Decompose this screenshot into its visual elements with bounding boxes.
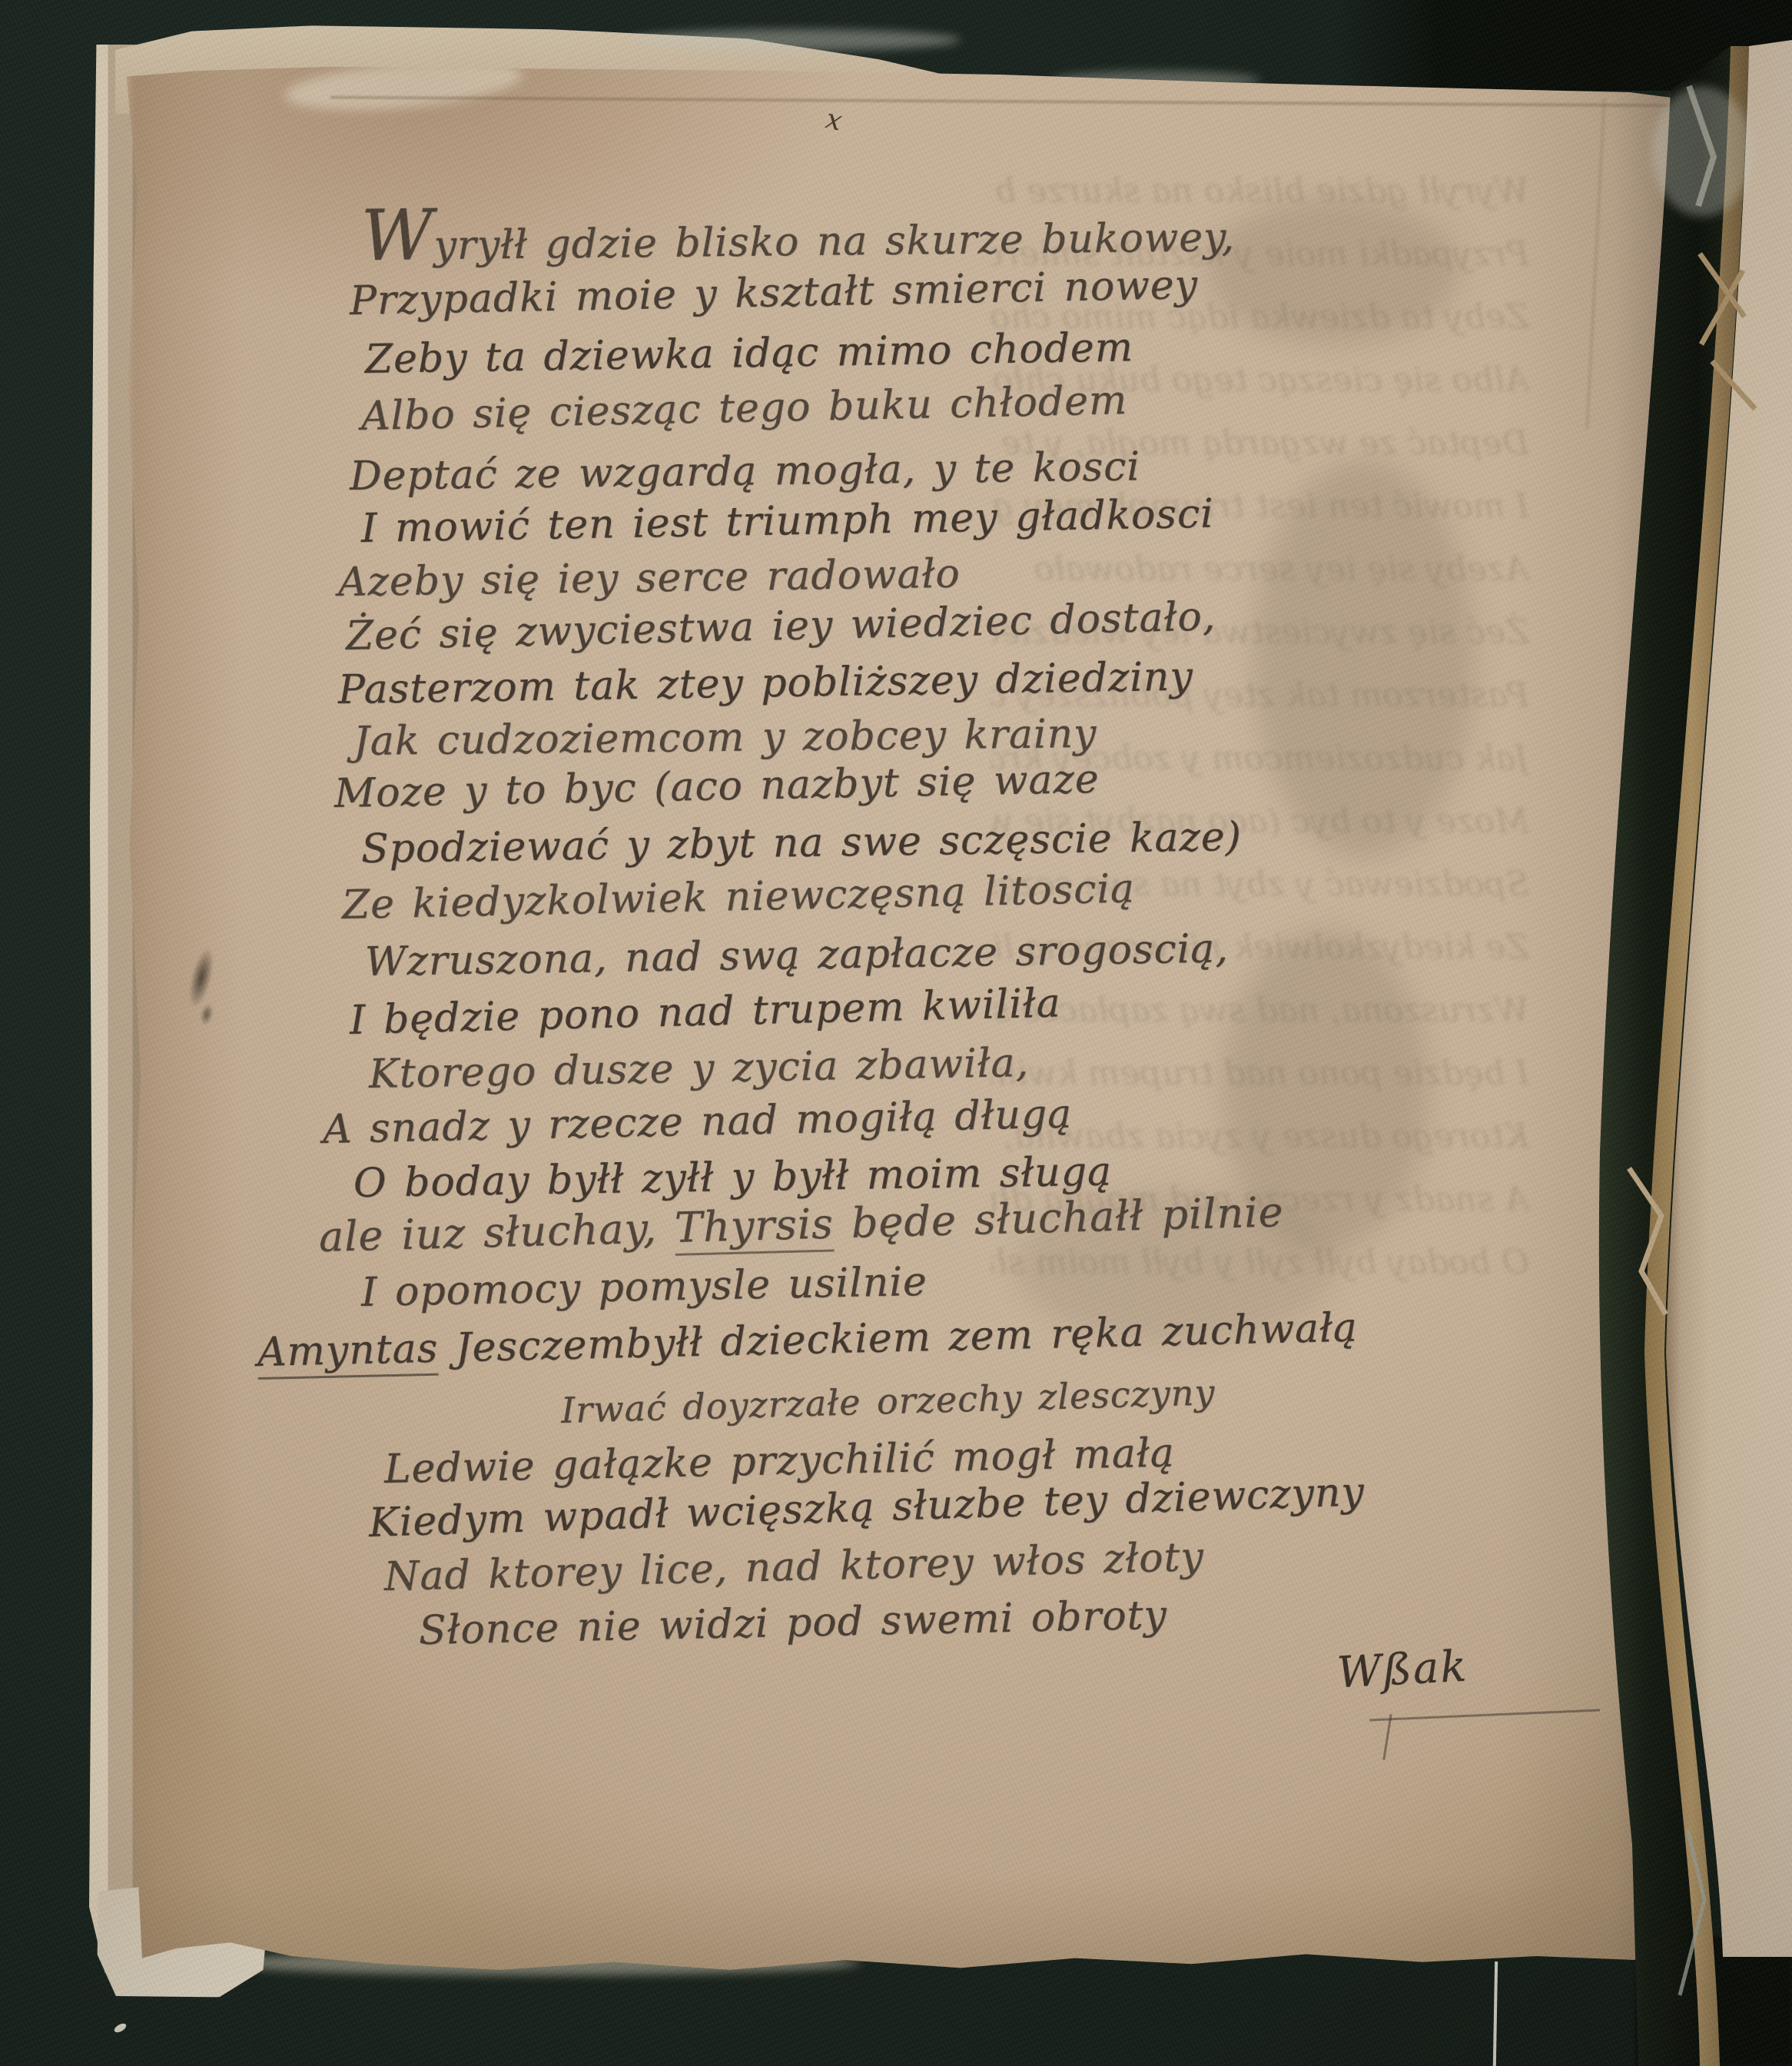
manuscript-line-4: Albo się ciesząc tego buku chłodem — [360, 377, 1127, 440]
catchword: Wßak — [1336, 1642, 1468, 1699]
paper-fluff-gutter-top — [1652, 86, 1752, 217]
loose-fiber — [1493, 1961, 1498, 2066]
manuscript-line-17: A snadz y rzecze nad mogiłą długą — [322, 1091, 1072, 1153]
manuscript-line-13: Ze kiedyzkolwiek niewczęsną litoscią — [341, 865, 1135, 928]
manuscript-line-15: I będzie pono nad trupem kwiliła — [349, 980, 1061, 1044]
manuscript-line-16: Ktorego dusze y zycia zbawiła, — [368, 1040, 1029, 1098]
dark-backing-bottom-right — [1635, 1937, 1792, 2066]
manuscript-line-22: Irwać doyzrzałe orzechy zlesczyny — [560, 1371, 1216, 1431]
binding-thread — [1700, 254, 1755, 409]
manuscript-line-21: Amyntas Jesczembyłł dzieckiem zem ręka z… — [257, 1305, 1358, 1376]
manuscript-line-3: Zeby ta dziewka idąc mimo chodem — [365, 324, 1134, 383]
manuscript-line-25: Nad ktorey lice, nad ktorey włos złoty — [383, 1534, 1204, 1600]
manuscript-line-6: I mowić ten iest triumph mey gładkosci — [360, 491, 1214, 552]
binding-thread-knot — [1629, 1168, 1666, 1314]
facing-page-edge — [1666, 40, 1792, 1957]
manuscript-line-7: Azeby się iey serce radowało — [338, 551, 961, 606]
manuscript-line-26: Słonce nie widzi pod swemi obroty — [418, 1593, 1167, 1654]
manuscript-line-5: Deptać ze wzgardą mogła, y te kosci — [350, 443, 1141, 500]
paper-fluff-top — [630, 29, 961, 51]
manuscript-line-9: Pasterzom tak ztey pobliższey dziedziny — [338, 654, 1194, 713]
manuscript-line-12: Spodziewać y zbyt na swe sczęscie kaze) — [361, 814, 1243, 872]
manuscript-line-10: Jak cudzoziemcom y zobcey krainy — [353, 711, 1097, 765]
paper-fleck — [113, 2021, 128, 2034]
book-scan-canvas: Wyryłł gdzie blisko na skurze bukowey,Pr… — [0, 0, 1792, 2066]
manuscript-line-1: Wyryłł gdzie blisko na skurze bukowey, — [361, 210, 1236, 270]
manuscript-page: Wyryłł gdzie blisko na skurze bukowey,Pr… — [108, 14, 1678, 1974]
manuscript-line-14: Wzruszona, nad swą zapłacze srogoscią, — [365, 925, 1230, 985]
manuscript-line-11: Moze y to byc (aco nazbyt się waze — [334, 756, 1100, 817]
dark-backing-top-right — [1337, 0, 1792, 91]
manuscript-line-20: I opomocy pomysle usilnie — [360, 1259, 928, 1316]
manuscript-line-2: Przypadki moie y kształt smierci nowey — [349, 262, 1198, 324]
